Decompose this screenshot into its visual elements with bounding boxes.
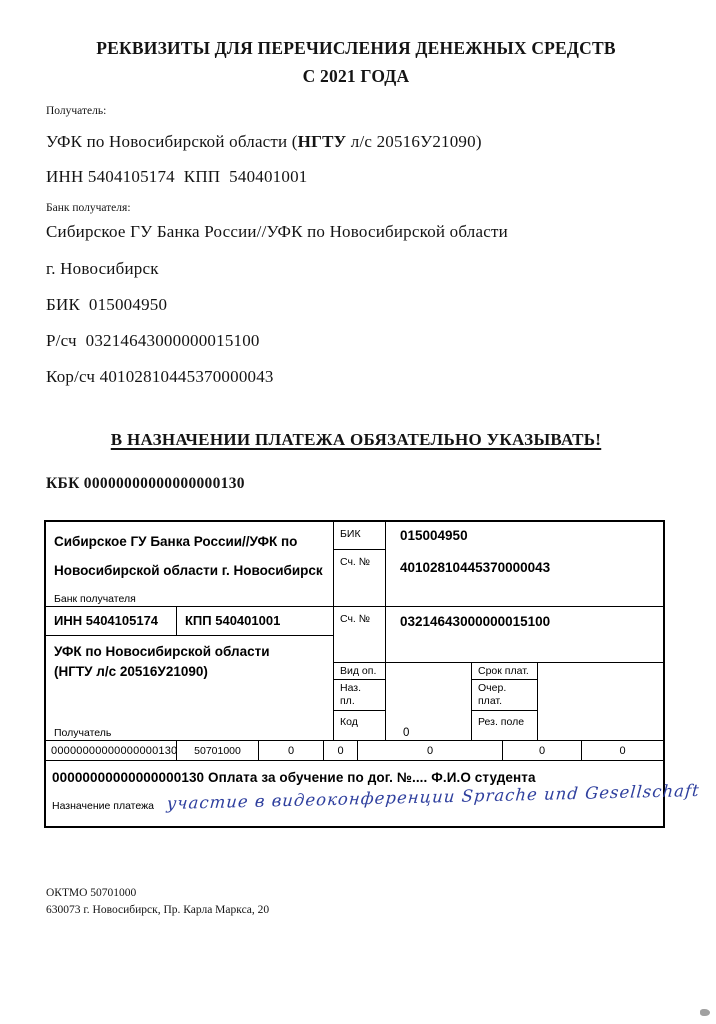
bank-cell-label: Банк получателя — [54, 593, 136, 605]
payee-account-value: 03214643000000015100 — [386, 607, 663, 662]
oktmo-line: ОКТМО 50701000 — [46, 885, 666, 902]
grid-cell-6: 0 — [503, 741, 582, 760]
inn-kpp-line: ИНН 5404105174 КПП 540401001 — [46, 167, 666, 187]
corr-account-line: Кор/сч 40102810445370000043 — [46, 367, 666, 387]
ocher-line1: Очер. — [478, 682, 535, 695]
bank-row: Сибирское ГУ Банка России//УФК по Новоси… — [46, 522, 663, 607]
recipient-line: УФК по Новосибирской области (НГТУ л/с 2… — [46, 132, 666, 152]
kbk-oktmo-row: 00000000000000000130 50701000 0 0 0 0 0 — [46, 741, 663, 761]
handwritten-purpose: участие в видеоконференции Sprache und G… — [166, 781, 701, 813]
account-label-mid: Сч. № — [334, 607, 386, 662]
purpose-cell-label: Назначение платежа — [52, 800, 154, 812]
grid-cell-4: 0 — [324, 741, 358, 760]
op-labels-column: Вид оп. Наз. пл. Код — [334, 663, 386, 740]
naz-pl-label: Наз. пл. — [334, 680, 385, 711]
payment-purpose-notice: В НАЗНАЧЕНИИ ПЛАТЕЖА ОБЯЗАТЕЛЬНО УКАЗЫВА… — [46, 430, 666, 450]
kbk-line: КБК 00000000000000000130 — [46, 475, 666, 493]
settlement-account-line: Р/сч 03214643000000015100 — [46, 331, 666, 351]
corr-account-value: 40102810445370000043 — [400, 560, 663, 575]
recipient-label: Получатель: — [46, 105, 666, 117]
payment-purpose-cell: 00000000000000000130 Оплата за обучение … — [46, 761, 663, 826]
recipient-university: НГТУ — [298, 132, 347, 151]
term-labels-column: Срок плат. Очер. плат. Рез. поле — [472, 663, 538, 740]
naz-line2: пл. — [340, 695, 383, 708]
payee-name-cell: УФК по Новосибирской области (НГТУ л/с 2… — [46, 636, 333, 740]
payment-order-table: Сибирское ГУ Банка России//УФК по Новоси… — [44, 520, 665, 828]
operation-grid: Вид оп. Наз. пл. Код 0 Срок плат. — [334, 662, 663, 740]
title-line-1: РЕКВИЗИТЫ ДЛЯ ПЕРЕЧИСЛЕНИЯ ДЕНЕЖНЫХ СРЕД… — [46, 34, 666, 62]
payee-right-block: Сч. № 03214643000000015100 Вид оп. Наз. … — [334, 607, 663, 740]
ocher-line2: плат. — [478, 695, 535, 708]
account-label-top: Сч. № — [334, 550, 385, 568]
grid-cell-3: 0 — [259, 741, 324, 760]
bik-value: 015004950 — [400, 528, 663, 543]
srok-label: Срок плат. — [472, 663, 537, 680]
inn-kpp-row: ИНН 5404105174 КПП 540401001 — [46, 607, 333, 636]
kod-label: Код — [334, 711, 385, 740]
kbk-cell: 00000000000000000130 — [46, 741, 177, 760]
op-values-column: 0 — [386, 663, 472, 740]
bank-name-value: Сибирское ГУ Банка России//УФК по Новоси… — [54, 534, 323, 578]
inn-cell: ИНН 5404105174 — [46, 607, 177, 635]
bik-label: БИК — [334, 522, 385, 550]
scanned-page: РЕКВИЗИТЫ ДЛЯ ПЕРЕЧИСЛЕНИЯ ДЕНЕЖНЫХ СРЕД… — [0, 0, 716, 1024]
recipient-suffix: л/с 20516У21090) — [346, 132, 481, 151]
grid-cell-7: 0 — [582, 741, 663, 760]
term-values-column — [538, 663, 663, 740]
payee-cell-label: Получатель — [54, 727, 111, 739]
ocher-label: Очер. плат. — [472, 680, 537, 711]
vid-op-label: Вид оп. — [334, 663, 385, 680]
payee-name-line1: УФК по Новосибирской области — [54, 642, 325, 662]
bik-acc-label-column: БИК Сч. № — [334, 522, 386, 606]
purpose-line: Назначение платежа участие в видеоконфер… — [52, 794, 655, 814]
document-body: РЕКВИЗИТЫ ДЛЯ ПЕРЕЧИСЛЕНИЯ ДЕНЕЖНЫХ СРЕД… — [0, 0, 716, 919]
kod-value: 0 — [403, 727, 409, 739]
payee-left-block: ИНН 5404105174 КПП 540401001 УФК по Ново… — [46, 607, 334, 740]
grid-cell-5: 0 — [358, 741, 503, 760]
address-line: 630073 г. Новосибирск, Пр. Карла Маркса,… — [46, 902, 666, 919]
rez-pole-label: Рез. поле — [472, 711, 537, 740]
payee-name-line2: (НГТУ л/с 20516У21090) — [54, 662, 325, 682]
title-line-2: С 2021 ГОДА — [46, 62, 666, 90]
bik-line: БИК 015004950 — [46, 295, 666, 315]
payee-account-row: Сч. № 03214643000000015100 — [334, 607, 663, 662]
document-footer: ОКТМО 50701000 630073 г. Новосибирск, Пр… — [46, 885, 666, 919]
payee-row: ИНН 5404105174 КПП 540401001 УФК по Ново… — [46, 607, 663, 741]
kpp-cell: КПП 540401001 — [177, 607, 333, 635]
purpose-template-text: 00000000000000000130 Оплата за обучение … — [52, 770, 655, 785]
bank-name-line: Сибирское ГУ Банка России//УФК по Новоси… — [46, 222, 666, 242]
document-title: РЕКВИЗИТЫ ДЛЯ ПЕРЕЧИСЛЕНИЯ ДЕНЕЖНЫХ СРЕД… — [46, 34, 666, 90]
oktmo-cell: 50701000 — [177, 741, 259, 760]
bank-name-cell: Сибирское ГУ Банка России//УФК по Новоси… — [46, 522, 334, 606]
naz-line1: Наз. — [340, 682, 383, 695]
city-line: г. Новосибирск — [46, 259, 666, 279]
recipient-bank-label: Банк получателя: — [46, 202, 666, 214]
recipient-prefix: УФК по Новосибирской области ( — [46, 132, 298, 151]
notice-text: В НАЗНАЧЕНИИ ПЛАТЕЖА ОБЯЗАТЕЛЬНО УКАЗЫВА… — [111, 430, 601, 449]
scan-artifact — [700, 1009, 710, 1016]
bik-acc-value-cell: 015004950 40102810445370000043 — [386, 522, 663, 606]
